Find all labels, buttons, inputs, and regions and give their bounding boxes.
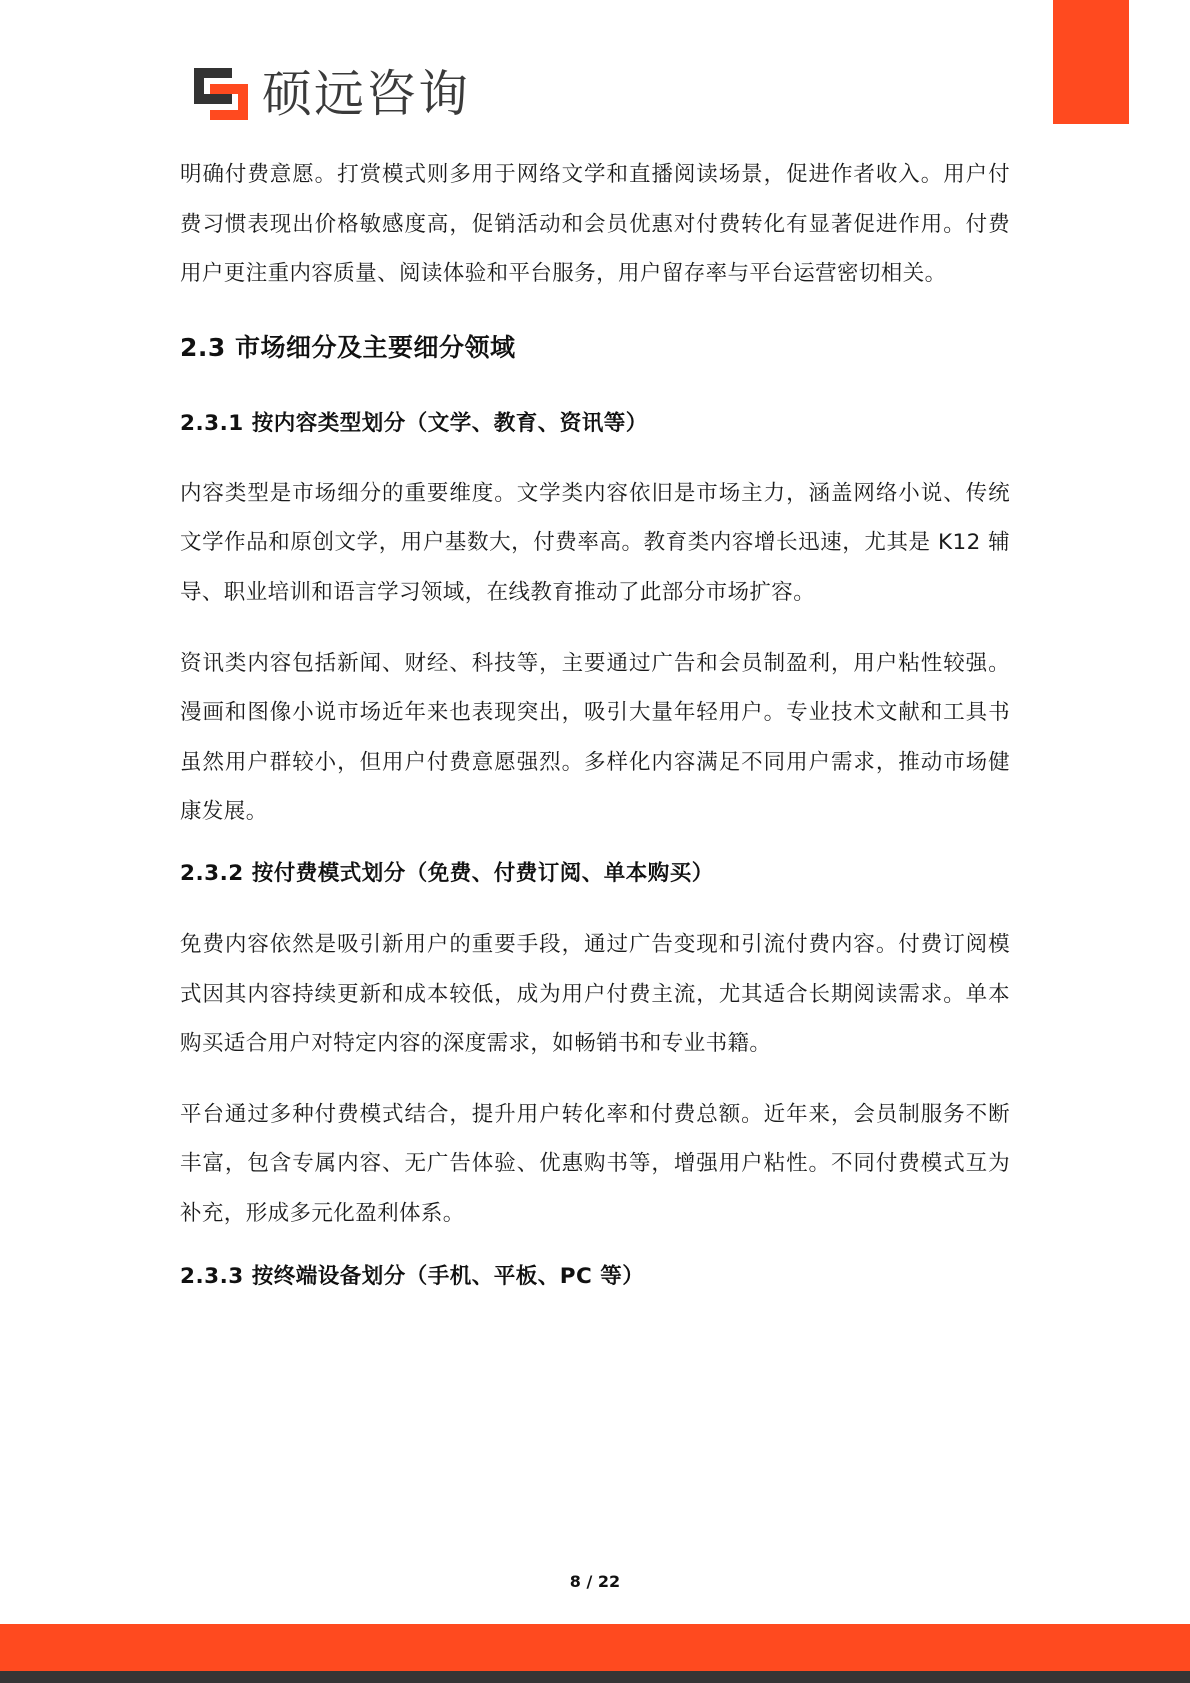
paragraph: 免费内容依然是吸引新用户的重要手段，通过广告变现和引流付费内容。付费订阅模式因其… [180,920,1010,1069]
paragraph: 资讯类内容包括新闻、财经、科技等，主要通过广告和会员制盈利，用户粘性较强。漫画和… [180,639,1010,837]
intro-paragraph: 明确付费意愿。打赏模式则多用于网络文学和直播阅读场景，促进作者收入。用户付费习惯… [180,150,1010,299]
brand-logo: 硕远咨询 [192,66,470,122]
corner-accent-tab [1053,0,1129,124]
paragraph: 平台通过多种付费模式结合，提升用户转化率和付费总额。近年来，会员制服务不断丰富，… [180,1090,1010,1239]
footer-dark-bar [0,1671,1190,1683]
document-body: 明确付费意愿。打赏模式则多用于网络文学和直播阅读场景，促进作者收入。用户付费习惯… [180,150,1010,1292]
paragraph: 内容类型是市场细分的重要维度。文学类内容依旧是市场主力，涵盖网络小说、传统文学作… [180,469,1010,618]
footer-accent-bar [0,1624,1190,1671]
subsection-title-2-3-1: 2.3.1 按内容类型划分（文学、教育、资讯等） [180,409,1010,439]
brand-name: 硕远咨询 [262,66,470,122]
subsection-title-2-3-3: 2.3.3 按终端设备划分（手机、平板、PC 等） [180,1262,1010,1292]
page-number: 8 / 22 [0,1572,1190,1591]
interlocking-s-logo-icon [192,66,250,122]
subsection-title-2-3-2: 2.3.2 按付费模式划分（免费、付费订阅、单本购买） [180,859,1010,889]
section-title: 2.3 市场细分及主要细分领域 [180,331,1010,365]
